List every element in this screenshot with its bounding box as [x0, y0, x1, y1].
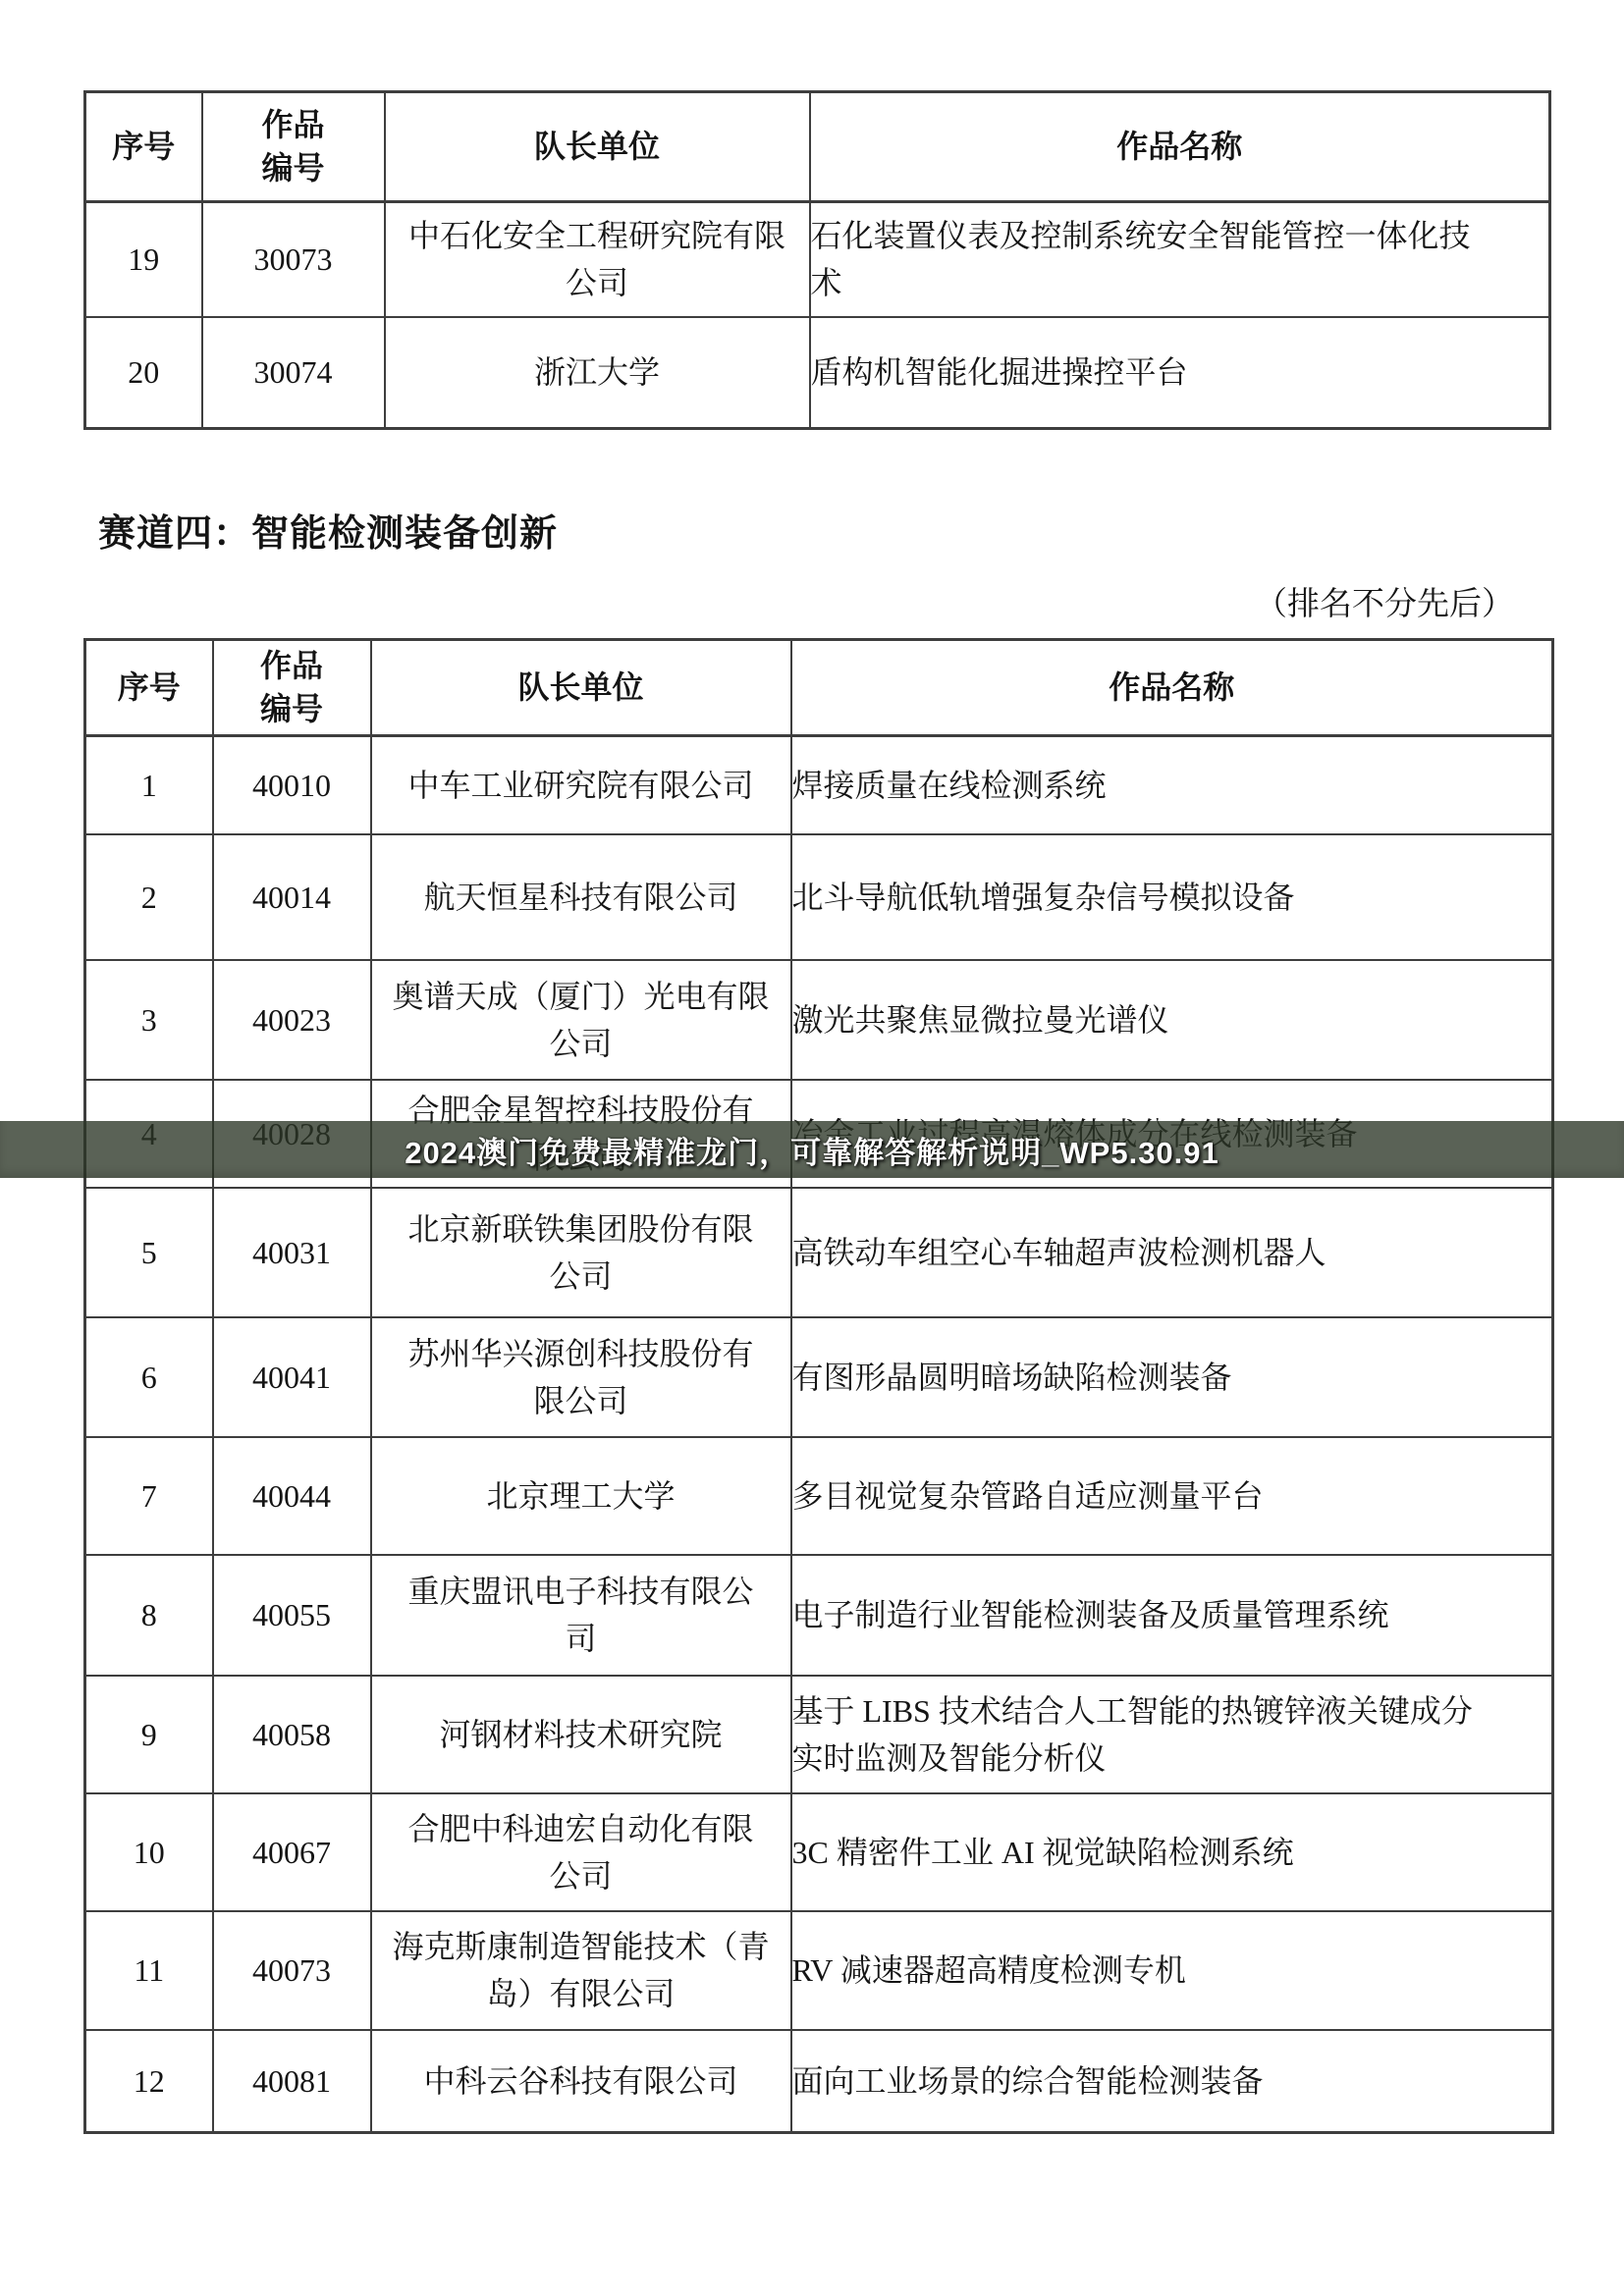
org-cell: 中车工业研究院有限公司 — [371, 736, 791, 834]
work-cell: 焊接质量在线检测系统 — [791, 736, 1553, 834]
org-cell: 北京新联铁集团股份有限 公司 — [371, 1188, 791, 1317]
code-cell: 40081 — [213, 2030, 371, 2133]
serial-cell: 8 — [85, 1555, 213, 1676]
code-cell: 40058 — [213, 1676, 371, 1793]
work-cell: 面向工业场景的综合智能检测装备 — [791, 2030, 1553, 2133]
table-row: 140010中车工业研究院有限公司焊接质量在线检测系统 — [85, 736, 1553, 834]
table-row: 740044北京理工大学多目视觉复杂管路自适应测量平台 — [85, 1437, 1553, 1555]
code-cell: 40014 — [213, 834, 371, 960]
work-cell: 基于 LIBS 技术结合人工智能的热镀锌液关键成分 实时监测及智能分析仪 — [791, 1676, 1553, 1793]
ranking-note: （排名不分先后） — [1255, 585, 1514, 624]
code-cell: 40041 — [213, 1317, 371, 1437]
table-header: 序号作品 编号队长单位作品名称 — [85, 640, 1553, 736]
column-header: 作品 编号 — [213, 640, 371, 736]
work-cell: 盾构机智能化掘进操控平台 — [810, 317, 1550, 429]
org-cell: 中科云谷科技有限公司 — [371, 2030, 791, 2133]
column-header: 作品名称 — [810, 92, 1550, 202]
work-cell: 多目视觉复杂管路自适应测量平台 — [791, 1437, 1553, 1555]
work-cell: 石化装置仪表及控制系统安全智能管控一体化技 术 — [810, 202, 1550, 317]
code-cell: 40023 — [213, 960, 371, 1080]
code-cell: 40055 — [213, 1555, 371, 1676]
table-row: 640041苏州华兴源创科技股份有 限公司有图形晶圆明暗场缺陷检测装备 — [85, 1317, 1553, 1437]
table-row: 1140073海克斯康制造智能技术（青 岛）有限公司RV 减速器超高精度检测专机 — [85, 1911, 1553, 2030]
table-row: 1240081中科云谷科技有限公司面向工业场景的综合智能检测装备 — [85, 2030, 1553, 2133]
header-row: 序号作品 编号队长单位作品名称 — [85, 92, 1550, 202]
code-cell: 40010 — [213, 736, 371, 834]
results-table-upper: 序号作品 编号队长单位作品名称 1930073中石化安全工程研究院有限 公司石化… — [83, 90, 1551, 430]
code-cell: 30074 — [202, 317, 385, 429]
table-row: 1930073中石化安全工程研究院有限 公司石化装置仪表及控制系统安全智能管控一… — [85, 202, 1550, 317]
work-cell: 激光共聚焦显微拉曼光谱仪 — [791, 960, 1553, 1080]
column-header: 作品 编号 — [202, 92, 385, 202]
serial-cell: 1 — [85, 736, 213, 834]
watermark-band: 2024澳门免费最精准龙门，可靠解答解析说明_WP5.30.91 — [0, 1121, 1624, 1178]
table-row: 340023奥谱天成（厦门）光电有限 公司激光共聚焦显微拉曼光谱仪 — [85, 960, 1553, 1080]
org-cell: 海克斯康制造智能技术（青 岛）有限公司 — [371, 1911, 791, 2030]
org-cell: 航天恒星科技有限公司 — [371, 834, 791, 960]
code-cell: 40044 — [213, 1437, 371, 1555]
header-row: 序号作品 编号队长单位作品名称 — [85, 640, 1553, 736]
serial-cell: 10 — [85, 1793, 213, 1911]
work-cell: 有图形晶圆明暗场缺陷检测装备 — [791, 1317, 1553, 1437]
code-cell: 30073 — [202, 202, 385, 317]
work-cell: RV 减速器超高精度检测专机 — [791, 1911, 1553, 2030]
serial-cell: 20 — [85, 317, 202, 429]
org-cell: 重庆盟讯电子科技有限公 司 — [371, 1555, 791, 1676]
table-body: 140010中车工业研究院有限公司焊接质量在线检测系统240014航天恒星科技有… — [85, 736, 1553, 2133]
results-table-track4: 序号作品 编号队长单位作品名称 140010中车工业研究院有限公司焊接质量在线检… — [83, 638, 1554, 2134]
column-header: 序号 — [85, 640, 213, 736]
serial-cell: 3 — [85, 960, 213, 1080]
serial-cell: 12 — [85, 2030, 213, 2133]
code-cell: 40031 — [213, 1188, 371, 1317]
serial-cell: 5 — [85, 1188, 213, 1317]
document-page: 序号作品 编号队长单位作品名称 1930073中石化安全工程研究院有限 公司石化… — [0, 0, 1624, 2296]
column-header: 作品名称 — [791, 640, 1553, 736]
serial-cell: 6 — [85, 1317, 213, 1437]
org-cell: 浙江大学 — [385, 317, 810, 429]
table-row: 540031北京新联铁集团股份有限 公司高铁动车组空心车轴超声波检测机器人 — [85, 1188, 1553, 1317]
org-cell: 苏州华兴源创科技股份有 限公司 — [371, 1317, 791, 1437]
table-header: 序号作品 编号队长单位作品名称 — [85, 92, 1550, 202]
watermark-text: 2024澳门免费最精准龙门，可靠解答解析说明_WP5.30.91 — [405, 1128, 1219, 1172]
work-cell: 高铁动车组空心车轴超声波检测机器人 — [791, 1188, 1553, 1317]
table-row: 1040067合肥中科迪宏自动化有限 公司3C 精密件工业 AI 视觉缺陷检测系… — [85, 1793, 1553, 1911]
table-row: 2030074浙江大学盾构机智能化掘进操控平台 — [85, 317, 1550, 429]
code-cell: 40073 — [213, 1911, 371, 2030]
org-cell: 合肥中科迪宏自动化有限 公司 — [371, 1793, 791, 1911]
serial-cell: 9 — [85, 1676, 213, 1793]
table-row: 940058河钢材料技术研究院基于 LIBS 技术结合人工智能的热镀锌液关键成分… — [85, 1676, 1553, 1793]
serial-cell: 19 — [85, 202, 202, 317]
table-body: 1930073中石化安全工程研究院有限 公司石化装置仪表及控制系统安全智能管控一… — [85, 202, 1550, 429]
serial-cell: 7 — [85, 1437, 213, 1555]
serial-cell: 2 — [85, 834, 213, 960]
serial-cell: 11 — [85, 1911, 213, 2030]
org-cell: 河钢材料技术研究院 — [371, 1676, 791, 1793]
org-cell: 中石化安全工程研究院有限 公司 — [385, 202, 810, 317]
work-cell: 北斗导航低轨增强复杂信号模拟设备 — [791, 834, 1553, 960]
org-cell: 奥谱天成（厦门）光电有限 公司 — [371, 960, 791, 1080]
column-header: 队长单位 — [385, 92, 810, 202]
code-cell: 40067 — [213, 1793, 371, 1911]
table-row: 240014航天恒星科技有限公司北斗导航低轨增强复杂信号模拟设备 — [85, 834, 1553, 960]
work-cell: 电子制造行业智能检测装备及质量管理系统 — [791, 1555, 1553, 1676]
section-heading: 赛道四：智能检测装备创新 — [98, 512, 558, 556]
column-header: 队长单位 — [371, 640, 791, 736]
work-cell: 3C 精密件工业 AI 视觉缺陷检测系统 — [791, 1793, 1553, 1911]
org-cell: 北京理工大学 — [371, 1437, 791, 1555]
column-header: 序号 — [85, 92, 202, 202]
table-row: 840055重庆盟讯电子科技有限公 司电子制造行业智能检测装备及质量管理系统 — [85, 1555, 1553, 1676]
